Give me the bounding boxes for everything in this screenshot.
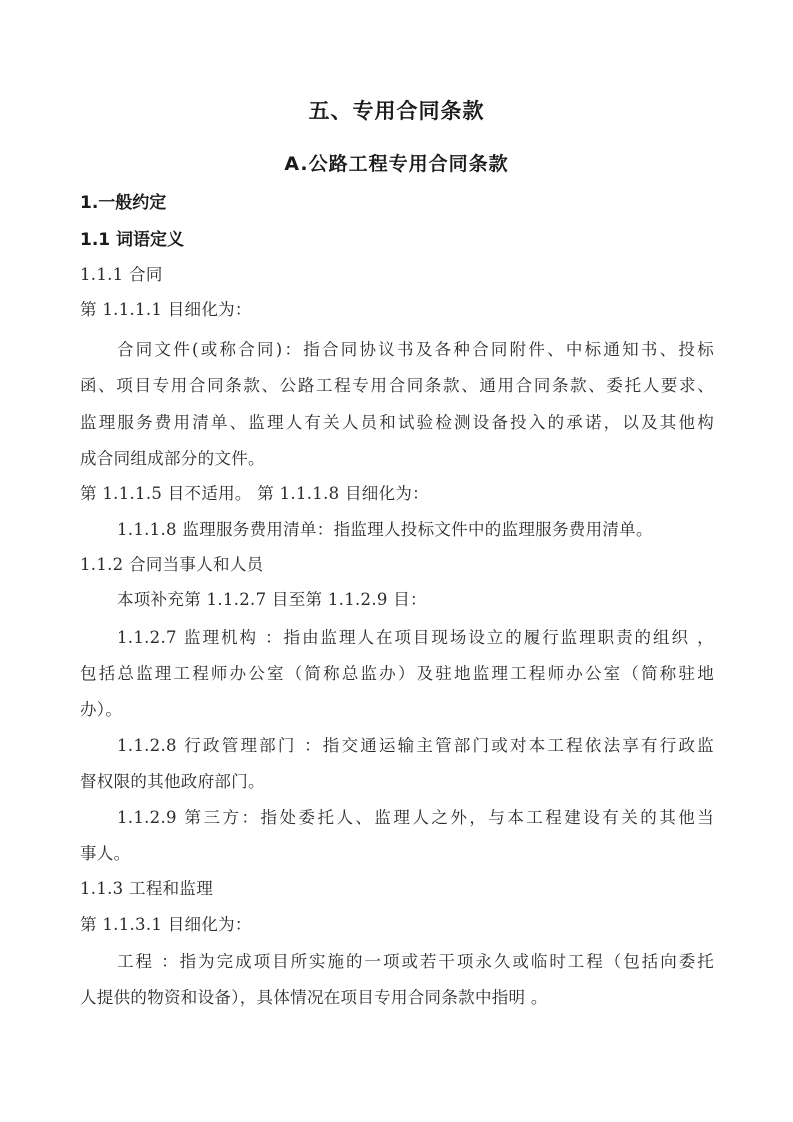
paragraph-line: 事人。 xyxy=(80,843,714,865)
paragraph-line: 合同文件(或称合同)：指合同协议书及各种合同附件、中标通知书、投标 xyxy=(117,339,714,361)
paragraph-line: 工程 ：指为完成项目所实施的一项或若干项永久或临时工程（包括向委托 xyxy=(117,951,714,973)
paragraph-line: 督权限的其他政府部门。 xyxy=(80,771,714,793)
paragraph-line: 人提供的物资和设备），具体情况在项目专用合同条款中指明 。 xyxy=(80,987,714,1009)
paragraph-line: 1.1.2.8 行政管理部门 ：指交通运输主管部门或对本工程依法享有行政监 xyxy=(117,735,714,757)
clause-heading-1-1-1: 1.1.1 合同 xyxy=(80,264,714,286)
paragraph-line: 本项补充第 1.1.2.7 目至第 1.1.2.9 目： xyxy=(117,589,714,611)
paragraph-line: 包括总监理工程师办公室（简称总监办）及驻地监理工程师办公室（简称驻地 xyxy=(80,663,714,685)
clause-text: 第 1.1.1.5 目不适用。 第 1.1.1.8 目细化为： xyxy=(80,483,714,505)
section-heading-1: 1.一般约定 xyxy=(80,192,714,214)
paragraph-line: 1.1.2.9 第三方：指处委托人、监理人之外，与本工程建设有关的其他当 xyxy=(117,807,714,829)
page-subtitle: A.公路工程专用合同条款 xyxy=(0,153,793,175)
paragraph-line: 函、项目专用合同条款、公路工程专用合同条款、通用合同条款、委托人要求、 xyxy=(80,375,714,397)
paragraph-line: 监理服务费用清单、监理人有关人员和试验检测设备投入的承诺，以及其他构 xyxy=(80,412,714,434)
section-heading-1-1: 1.1 词语定义 xyxy=(80,229,714,251)
clause-text: 第 1.1.3.1 目细化为： xyxy=(80,914,714,936)
clause-text: 第 1.1.1.1 目细化为： xyxy=(80,299,714,321)
paragraph-line: 成合同组成部分的文件。 xyxy=(80,448,714,470)
clause-heading-1-1-2: 1.1.2 合同当事人和人员 xyxy=(80,554,714,576)
paragraph-line: 1.1.1.8 监理服务费用清单：指监理人投标文件中的监理服务费用清单。 xyxy=(117,519,714,541)
clause-heading-1-1-3: 1.1.3 工程和监理 xyxy=(80,878,714,900)
paragraph-line: 1.1.2.7 监理机构 ：指由监理人在项目现场设立的履行监理职责的组织 ， xyxy=(117,627,714,649)
paragraph-line: 办）。 xyxy=(80,699,714,721)
page-title: 五、专用合同条款 xyxy=(0,100,793,122)
